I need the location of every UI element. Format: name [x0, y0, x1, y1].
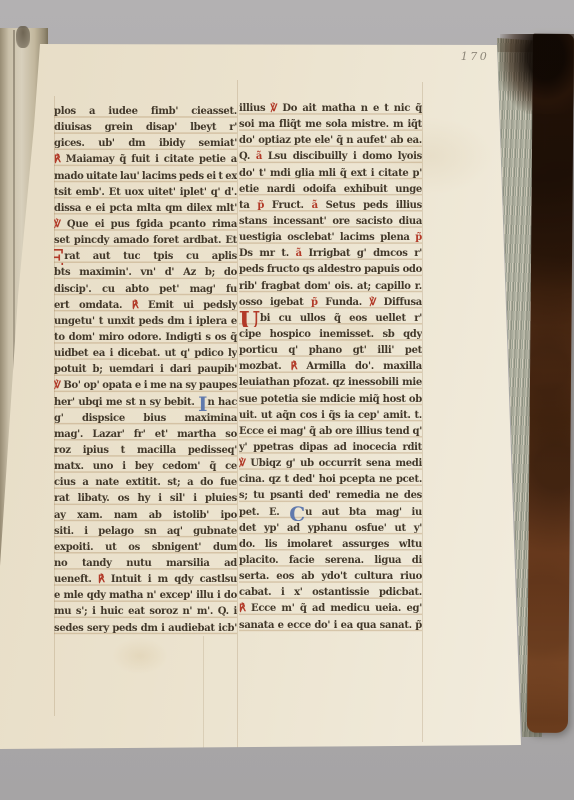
text-segment: diuisas grein disap' lbeyt r'	[54, 122, 237, 133]
text-segment: Diffusa	[384, 297, 422, 308]
text-segment: y' ppetras dipas ad inocecia rdit	[239, 442, 422, 453]
text-segment: matx. uno i bey cedom' q̃ ce	[54, 461, 237, 472]
text-segment: uestigia osclebat' lacims plena	[239, 232, 415, 243]
text-segment: ℣	[54, 219, 67, 230]
text-line: mag'. Lazar' fr' et' martha so	[54, 427, 237, 443]
text-segment: serta. eos ab ydo't cultura riuo	[239, 571, 422, 582]
text-line: uestigia osclebat' lacims plena p̃	[239, 230, 422, 246]
text-segment: Setus peds illius	[326, 200, 422, 211]
text-segment: illius	[239, 103, 271, 114]
text-segment: uit. ut aq̃n cos i q̃s ia cep' amit. t.	[239, 410, 422, 421]
text-segment: rat aut tuc tpis cu aplis	[64, 251, 237, 262]
text-line: Ds mr t. ã Irrigbat g' dmcos r'	[239, 246, 422, 262]
text-line: ungetu' t unxit peds dm i iplera e	[54, 314, 237, 330]
text-segment: Fruct.	[272, 200, 312, 211]
text-segment: dissa e ei pcta mlta qm dilex mlt'	[54, 203, 237, 214]
text-line: cius a nate extitit. st; a do fue	[54, 475, 237, 491]
text-line: peds fructo qs aldestro papuis odo	[239, 262, 422, 278]
text-line: siti. i pelago sn aq' gubnate	[54, 524, 237, 540]
text-line: stans incessant' ore sacisto diua	[239, 214, 422, 230]
text-segment: do' optiaz pte ele' q̃ n aufet' ab ea.	[239, 135, 422, 146]
photo-background: 170 plos a iudee fimb' cieasset.diuisas …	[0, 0, 574, 800]
text-segment: p̃	[415, 232, 422, 243]
text-segment: Lsu discibuilly i domo lyois	[268, 151, 422, 162]
text-line: sanata e ecce do' i ea qua sanat. p̃	[239, 618, 422, 634]
text-line: rat libaty. os hy i sil' i pluies	[54, 491, 237, 507]
text-segment: roz ipius t macilla pedisseq'	[54, 445, 237, 456]
text-line: do' t' mdi glia mli q̃ ext i citate p'	[239, 166, 422, 182]
ruling-line	[422, 82, 423, 742]
text-segment: ueneft.	[54, 574, 98, 585]
text-segment: Ubiqz g' ub occurrit sena medi	[250, 458, 422, 469]
text-segment: ert omdata.	[54, 300, 132, 311]
text-line: cina. qz t ded' hoi pcepta ne pcet.	[239, 472, 422, 488]
text-segment: Ecce ei mag' q̃ ab ore illius tend q'	[239, 426, 422, 437]
text-line: rib' fragbat dom' ois. at; capillo r.	[239, 279, 422, 295]
text-line: Q. ã Lsu discibuilly i domo lyois	[239, 149, 422, 165]
folio-number: 170	[452, 50, 498, 63]
text-line: sue potetia sie mdicie miq̃ host ob	[239, 392, 422, 408]
text-segment: cius a nate extitit. st; a do fue	[54, 477, 237, 488]
text-segment: Irrigbat g' dmcos r'	[309, 248, 422, 259]
text-line: Erat aut tuc tpis cu aplis	[54, 249, 237, 265]
text-segment: ã	[312, 200, 326, 211]
text-line: ℣ Que ei pus fgida pcanto rima	[54, 217, 237, 233]
text-line: set pincdy amado foret ardbat. Et	[54, 233, 237, 249]
text-line: etie nardi odoifa exhibuit unge	[239, 182, 422, 198]
text-segment: ã	[256, 151, 268, 162]
text-segment: bts maximin'. vn' d' Az b; do	[54, 267, 237, 278]
text-line: leuiathan pfozat. qz inessobili mie	[239, 375, 422, 391]
text-segment: cina. qz t ded' hoi pcepta ne pcet.	[239, 474, 422, 485]
text-segment: ℣	[271, 103, 283, 114]
text-segment: u aut bta mag' iu	[305, 507, 422, 518]
text-line: discip'. cu abto pet' mag' fu	[54, 282, 237, 298]
text-segment: mado uitate lau' lacims peds ei t ex	[54, 171, 237, 182]
text-line: dissa e ei pcta mlta qm dilex mlt'	[54, 201, 237, 217]
text-segment: ℣	[239, 458, 250, 469]
text-segment: no tandy nutu marsilia ad	[54, 558, 237, 569]
text-line: ℟ Maiamay q̃ fuit i citate petie a	[54, 152, 237, 168]
text-segment: placito. facie serena. ligua di	[239, 555, 422, 566]
text-segment: potuit b; uemdari i dari paupib'	[54, 364, 237, 375]
text-segment: bi cu ullos q̃ eos uellet r'	[260, 313, 422, 324]
gutter-notch	[16, 26, 30, 48]
text-segment: s; tu psanti ded' remedia ne des	[239, 490, 422, 501]
text-segment: Do ait matha n e t nic q̃	[282, 103, 422, 114]
illuminated-initial: E	[54, 249, 64, 265]
text-segment: osso igebat	[239, 297, 311, 308]
text-line: pet. E. Cu aut bta mag' iu	[239, 505, 422, 521]
text-segment: her' ubqi me st n sy bebit.	[54, 397, 198, 408]
text-segment: set pincdy amado foret ardbat. Et	[54, 235, 237, 246]
text-line: ℟ Ecce m' q̃ ad medicu ueia. eg'	[239, 601, 422, 617]
text-line: ueneft. ℟ Intuit i m qdy castlsu	[54, 572, 237, 588]
text-line: Ubi cu ullos q̃ eos uellet r'	[239, 311, 422, 327]
text-segment: Intuit i m qdy castlsu	[111, 574, 237, 585]
text-segment: pet. E.	[239, 507, 289, 518]
text-segment: ta	[239, 200, 257, 211]
text-segment: mozbat.	[239, 361, 291, 372]
text-segment: etie nardi odoifa exhibuit unge	[239, 184, 422, 195]
text-segment: sedes sery peds dm i audiebat icb'	[54, 623, 237, 634]
text-line: serta. eos ab ydo't cultura riuo	[239, 569, 422, 585]
text-segment: ℟	[132, 300, 148, 311]
text-segment: g' dispsice bius maximina	[54, 413, 237, 424]
text-segment: expoiti. ut os sbnigent' dum	[54, 542, 237, 553]
text-segment: sue potetia sie mdicie miq̃ host ob	[239, 394, 422, 405]
text-line: ert omdata. ℟ Emit ui pedsly	[54, 298, 237, 314]
text-line: to dom' miro odore. Indigti s os q̃	[54, 330, 237, 346]
text-line: Ecce ei mag' q̃ ab ore illius tend q'	[239, 424, 422, 440]
text-segment: peds fructo qs aldestro papuis odo	[239, 264, 422, 275]
text-line: do' optiaz pte ele' q̃ n aufet' ab ea.	[239, 133, 422, 149]
ruling-line	[203, 636, 204, 771]
text-line: sedes sery peds dm i audiebat icb'	[54, 621, 237, 637]
text-segment: Ecce m' q̃ ad medicu ueia. eg'	[251, 603, 422, 614]
text-segment: e mle qdy matha n' excep' illu i do	[54, 590, 237, 601]
text-segment: ã	[296, 248, 309, 259]
text-line: expoiti. ut os sbnigent' dum	[54, 540, 237, 556]
text-line: ℣ Bo' op' opata e i me na sy paupes	[54, 378, 237, 394]
text-line: potuit b; uemdari i dari paupib'	[54, 362, 237, 378]
text-segment: ℟	[98, 574, 111, 585]
manuscript-page: 170 plos a iudee fimb' cieasset.diuisas …	[0, 36, 524, 750]
text-column-left: plos a iudee fimb' cieasset.diuisas grei…	[54, 104, 237, 637]
text-segment: do. lis imolaret assurges wltu	[239, 539, 422, 550]
text-segment: Maiamay q̃ fuit i citate petie a	[66, 154, 237, 165]
text-segment: ℣	[370, 297, 384, 308]
text-segment: gices. ub' dm ibidy semiat'	[54, 138, 237, 149]
text-line: cipe hospico inemisset. sb qdy	[239, 327, 422, 343]
text-segment: cipe hospico inemisset. sb qdy	[239, 329, 422, 340]
text-line: det yp' ad yphanu osfue' ut y'	[239, 521, 422, 537]
text-segment: ℟	[291, 361, 307, 372]
text-segment: leuiathan pfozat. qz inessobili mie	[239, 377, 422, 388]
text-segment: Funda.	[325, 297, 369, 308]
text-segment: to dom' miro odore. Indigti s os q̃	[54, 332, 237, 343]
text-line: matx. uno i bey cedom' q̃ ce	[54, 459, 237, 475]
text-line: g' dispsice bius maximina	[54, 411, 237, 427]
text-line: illius ℣ Do ait matha n e t nic q̃	[239, 101, 422, 117]
text-line: diuisas grein disap' lbeyt r'	[54, 120, 237, 136]
text-segment: Armilla do'. maxilla	[306, 361, 422, 372]
text-line: osso igebat p̃ Funda. ℣ Diffusa	[239, 295, 422, 311]
text-line: roz ipius t macilla pedisseq'	[54, 443, 237, 459]
text-line: mado uitate lau' lacims peds ei t ex	[54, 169, 237, 185]
text-line: porticu q' phano gt' illi' pet	[239, 343, 422, 359]
illuminated-initial: C	[289, 505, 305, 521]
text-segment: Emit ui pedsly	[148, 300, 237, 311]
leather-cover	[527, 34, 574, 733]
text-segment: tsit emb'. Et uox uitet' iplet' q' d'.	[54, 187, 237, 198]
text-line: bts maximin'. vn' d' Az b; do	[54, 265, 237, 281]
text-segment: porticu q' phano gt' illi' pet	[239, 345, 422, 356]
text-segment: Que ei pus fgida pcanto rima	[67, 219, 237, 230]
text-line: mozbat. ℟ Armilla do'. maxilla	[239, 359, 422, 375]
text-column-right: illius ℣ Do ait matha n e t nic q̃soi ma…	[239, 101, 422, 634]
text-segment: ℣	[54, 380, 63, 391]
text-segment: do' t' mdi glia mli q̃ ext i citate p'	[239, 168, 422, 179]
text-line: cabat. i x' ostantissie pdicbat.	[239, 585, 422, 601]
text-line: s; tu psanti ded' remedia ne des	[239, 488, 422, 504]
text-segment: rib' fragbat dom' ois. at; capillo r.	[239, 281, 422, 292]
text-segment: ungetu' t unxit peds dm i iplera e	[54, 316, 237, 327]
text-segment: rat libaty. os hy i sil' i pluies	[54, 493, 237, 504]
ruling-line	[237, 80, 238, 772]
text-line: do. lis imolaret assurges wltu	[239, 537, 422, 553]
text-line: e mle qdy matha n' excep' illu i do	[54, 588, 237, 604]
text-segment: discip'. cu abto pet' mag' fu	[54, 284, 237, 295]
text-segment: Q.	[239, 151, 256, 162]
text-line: ℣ Ubiqz g' ub occurrit sena medi	[239, 456, 422, 472]
text-line: placito. facie serena. ligua di	[239, 553, 422, 569]
text-segment: Ds mr t.	[239, 248, 296, 259]
text-segment: n hac	[207, 397, 237, 408]
text-segment: ℟	[239, 603, 251, 614]
text-line: ta p̃ Fruct. ã Setus peds illius	[239, 198, 422, 214]
text-line: ay xam. nam ab istolib' ipo	[54, 508, 237, 524]
text-segment: siti. i pelago sn aq' gubnate	[54, 526, 237, 537]
text-segment: p̃	[311, 297, 325, 308]
text-segment: det yp' ad yphanu osfue' ut y'	[239, 523, 422, 534]
text-line: tsit emb'. Et uox uitet' iplet' q' d'.	[54, 185, 237, 201]
text-segment: uidbet ea i dicebat. ut q' pdico ly	[54, 348, 237, 359]
text-line: uit. ut aq̃n cos i q̃s ia cep' amit. t.	[239, 408, 422, 424]
text-segment: mag'. Lazar' fr' et' martha so	[54, 429, 237, 440]
text-line: y' ppetras dipas ad inocecia rdit	[239, 440, 422, 456]
text-line: plos a iudee fimb' cieasset.	[54, 104, 237, 120]
text-line: mu s'; i huic eat soroz n' m'. Q. i	[54, 604, 237, 620]
text-segment: ℟	[54, 154, 66, 165]
text-segment: soi ma fliq̃t me sola mistre. m iq̃t	[239, 119, 422, 130]
text-segment: p̃	[257, 200, 272, 211]
text-segment: plos a iudee fimb' cieasset.	[54, 106, 237, 117]
text-segment: Bo' op' opata e i me na sy paupes	[63, 380, 237, 391]
text-line: her' ubqi me st n sy bebit. In hac	[54, 395, 237, 411]
text-segment: ay xam. nam ab istolib' ipo	[54, 510, 237, 521]
text-segment: cabat. i x' ostantissie pdicbat.	[239, 587, 422, 598]
text-segment: sanata e ecce do' i ea qua sanat. p̃	[239, 620, 422, 631]
illuminated-initial: U	[239, 311, 260, 327]
text-segment: stans incessant' ore sacisto diua	[239, 216, 422, 227]
text-line: no tandy nutu marsilia ad	[54, 556, 237, 572]
text-line: uidbet ea i dicebat. ut q' pdico ly	[54, 346, 237, 362]
text-line: soi ma fliq̃t me sola mistre. m iq̃t	[239, 117, 422, 133]
text-line: gices. ub' dm ibidy semiat'	[54, 136, 237, 152]
text-segment: mu s'; i huic eat soroz n' m'. Q. i	[54, 606, 237, 617]
